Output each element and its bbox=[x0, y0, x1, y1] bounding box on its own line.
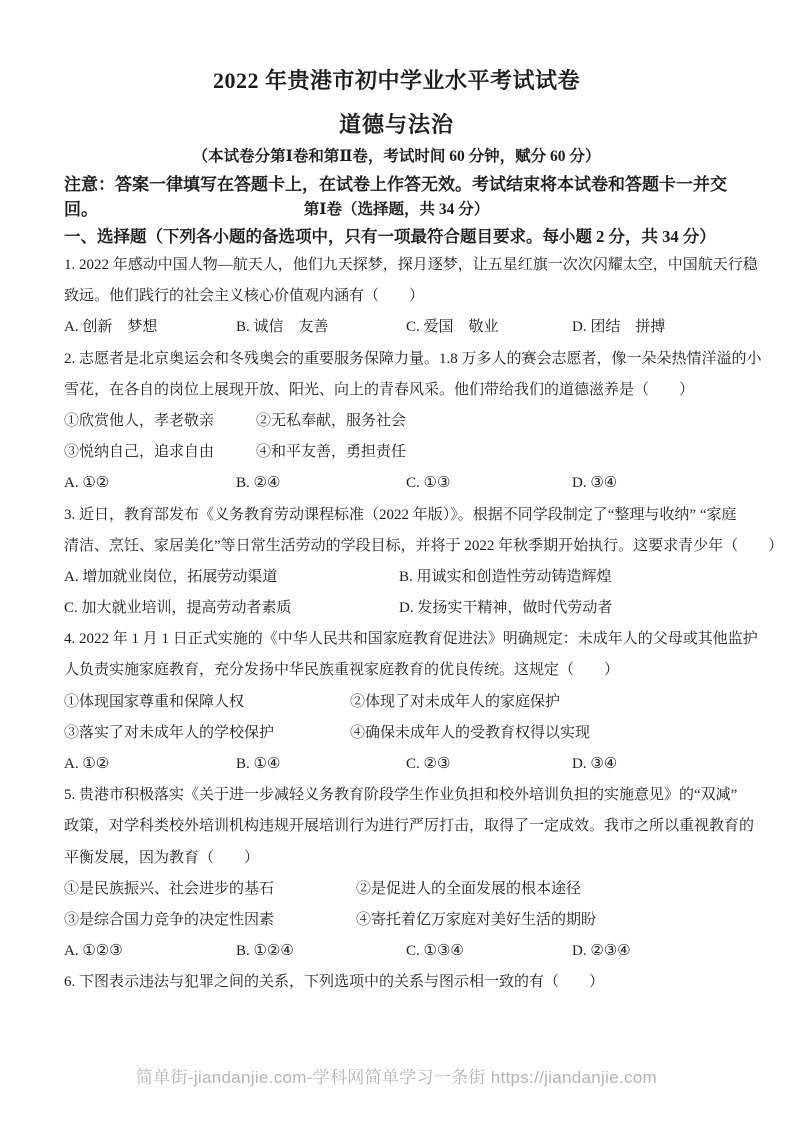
q2-subitem-4: ④和平友善，勇担责任 bbox=[256, 437, 737, 468]
section-heading: 一、选择题（下列各小题的备选项中，只有一项最符合题目要求。每小题 2 分，共 3… bbox=[64, 223, 737, 247]
q2-subitems-row-1: ①欣赏他人，孝老敬亲 ②无私奉献，服务社会 bbox=[64, 406, 737, 437]
q2-option-d: D. ③④ bbox=[572, 468, 737, 499]
q5-stem-line-3: 平衡发展，因为教育（ ） bbox=[64, 843, 737, 874]
q4-subitem-4: ④确保未成年人的受教育权得以实现 bbox=[350, 718, 737, 749]
volume-title: 第Ⅰ卷（选择题，共 34 分） bbox=[0, 197, 793, 219]
q1-options-row: A. 创新 梦想 B. 诚信 友善 C. 爱国 敬业 D. 团结 拼搏 bbox=[64, 312, 737, 343]
q3-option-c: C. 加大就业培训，提高劳动者素质 bbox=[64, 593, 399, 624]
q5-subitem-4: ④寄托着亿万家庭对美好生活的期盼 bbox=[356, 905, 737, 936]
q2-option-a: A. ①② bbox=[64, 468, 236, 499]
q4-subitem-2: ②体现了对未成年人的家庭保护 bbox=[350, 687, 737, 718]
q2-stem-line-2: 雪花，在各自的岗位上展现开放、阳光、向上的青春风采。他们带给我们的道德滋养是（ … bbox=[64, 375, 737, 406]
q4-stem-line-2: 人负责实施家庭教育，充分发扬中华民族重视家庭教育的优良传统。这规定（ ） bbox=[64, 655, 737, 686]
q4-option-a: A. ①② bbox=[64, 749, 236, 780]
q1-option-c: C. 爱国 敬业 bbox=[406, 312, 572, 343]
q3-stem-line-1: 3. 近日，教育部发布《义务教育劳动课程标准（2022 年版）》。根据不同学段制… bbox=[64, 500, 737, 531]
q3-options-row-1: A. 增加就业岗位，拓展劳动渠道 B. 用诚实和创造性劳动铸造辉煌 bbox=[64, 562, 737, 593]
exam-paper-page: 2022 年贵港市初中学业水平考试试卷 道德与法治 （本试卷分第Ⅰ卷和第Ⅱ卷，考… bbox=[0, 0, 793, 1122]
q1-option-d: D. 团结 拼搏 bbox=[572, 312, 737, 343]
q5-subitem-2: ②是促进人的全面发展的根本途径 bbox=[356, 874, 737, 905]
paper-title: 2022 年贵港市初中学业水平考试试卷 bbox=[0, 64, 793, 95]
q4-subitems-row-1: ①体现国家尊重和保障人权 ②体现了对未成年人的家庭保护 bbox=[64, 687, 737, 718]
q2-subitem-2: ②无私奉献，服务社会 bbox=[256, 406, 737, 437]
q4-option-c: C. ②③ bbox=[406, 749, 572, 780]
q5-option-a: A. ①②③ bbox=[64, 936, 236, 967]
q6-stem-line-1: 6. 下图表示违法与犯罪之间的关系，下列选项中的关系与图示相一致的有（ ） bbox=[64, 967, 737, 998]
paper-subject: 道德与法治 bbox=[0, 108, 793, 139]
q2-stem-line-1: 2. 志愿者是北京奥运会和冬残奥会的重要服务保障力量。1.8 万多人的赛会志愿者… bbox=[64, 344, 737, 375]
q2-subitem-3: ③悦纳自己，追求自由 bbox=[64, 437, 256, 468]
q5-subitems-row-1: ①是民族振兴、社会进步的基石 ②是促进人的全面发展的根本途径 bbox=[64, 874, 737, 905]
q5-options-row: A. ①②③ B. ①②④ C. ①③④ D. ②③④ bbox=[64, 936, 737, 967]
q3-option-d: D. 发扬实干精神，做时代劳动者 bbox=[399, 593, 737, 624]
q5-subitems-row-2: ③是综合国力竞争的决定性因素 ④寄托着亿万家庭对美好生活的期盼 bbox=[64, 905, 737, 936]
q4-option-b: B. ①④ bbox=[236, 749, 406, 780]
q5-stem-line-1: 5. 贵港市积极落实《关于进一步减轻义务教育阶段学生作业负担和校外培训负担的实施… bbox=[64, 780, 737, 811]
q1-option-b: B. 诚信 友善 bbox=[236, 312, 406, 343]
q2-option-b: B. ②④ bbox=[236, 468, 406, 499]
q5-stem-line-2: 政策，对学科类校外培训机构违规开展培训行为进行严厉打击，取得了一定成效。我市之所… bbox=[64, 811, 737, 842]
q3-stem-line-2: 清洁、烹饪、家居美化”等日常生活劳动的学段目标，并将于 2022 年秋季期开始执… bbox=[64, 531, 737, 562]
q4-subitem-3: ③落实了对未成年人的学校保护 bbox=[64, 718, 350, 749]
exam-info-line: （本试卷分第Ⅰ卷和第Ⅱ卷，考试时间 60 分钟，赋分 60 分） bbox=[0, 144, 793, 166]
q5-option-c: C. ①③④ bbox=[406, 936, 572, 967]
q5-option-b: B. ①②④ bbox=[236, 936, 406, 967]
q2-option-c: C. ①③ bbox=[406, 468, 572, 499]
q4-stem-line-1: 4. 2022 年 1 月 1 日正式实施的《中华人民共和国家庭教育促进法》明确… bbox=[64, 624, 737, 655]
q2-options-row: A. ①② B. ②④ C. ①③ D. ③④ bbox=[64, 468, 737, 499]
q5-option-d: D. ②③④ bbox=[572, 936, 737, 967]
q3-option-a: A. 增加就业岗位，拓展劳动渠道 bbox=[64, 562, 399, 593]
q4-option-d: D. ③④ bbox=[572, 749, 737, 780]
q5-subitem-1: ①是民族振兴、社会进步的基石 bbox=[64, 874, 356, 905]
q3-options-row-2: C. 加大就业培训，提高劳动者素质 D. 发扬实干精神，做时代劳动者 bbox=[64, 593, 737, 624]
q3-option-b: B. 用诚实和创造性劳动铸造辉煌 bbox=[399, 562, 737, 593]
q1-stem-line-1: 1. 2022 年感动中国人物—航天人，他们九天探梦，探月逐梦，让五星红旗一次次… bbox=[64, 250, 737, 281]
q1-stem-line-2: 致远。他们践行的社会主义核心价值观内涵有（ ） bbox=[64, 281, 737, 312]
q4-subitems-row-2: ③落实了对未成年人的学校保护 ④确保未成年人的受教育权得以实现 bbox=[64, 718, 737, 749]
questions-area: 1. 2022 年感动中国人物—航天人，他们九天探梦，探月逐梦，让五星红旗一次次… bbox=[64, 250, 737, 999]
q4-options-row: A. ①② B. ①④ C. ②③ D. ③④ bbox=[64, 749, 737, 780]
q1-option-a: A. 创新 梦想 bbox=[64, 312, 236, 343]
watermark-footer: 简单街-jiandanjie.com-学科网简单学习一条街 https://ji… bbox=[0, 1063, 793, 1088]
q2-subitem-1: ①欣赏他人，孝老敬亲 bbox=[64, 406, 256, 437]
q5-subitem-3: ③是综合国力竞争的决定性因素 bbox=[64, 905, 356, 936]
q4-subitem-1: ①体现国家尊重和保障人权 bbox=[64, 687, 350, 718]
q2-subitems-row-2: ③悦纳自己，追求自由 ④和平友善，勇担责任 bbox=[64, 437, 737, 468]
